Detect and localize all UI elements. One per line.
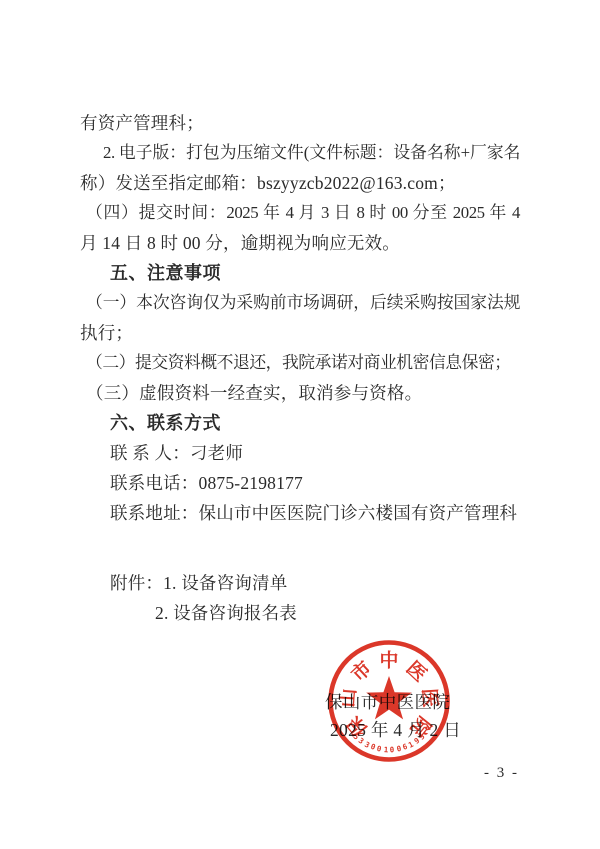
- text-line: （一）本次咨询仅为采购前市场调研，后续采购按国家法规: [80, 288, 520, 318]
- text-line: 月 14 日 8 时 00 分，逾期视为响应无效。: [80, 228, 520, 258]
- signer-organization: 保山市中医医院: [325, 689, 450, 714]
- attachment-item-1: 附件：1. 设备咨询清单: [80, 568, 520, 598]
- text-line: 有资产管理科；: [80, 108, 520, 138]
- document-page: 有资产管理科； 2. 电子版：打包为压缩文件(文件标题：设备名称+厂家名 称）发…: [0, 0, 600, 849]
- page-number: - 3 -: [484, 765, 519, 782]
- signature-date: 2025 年 4 月 2 日: [330, 717, 461, 742]
- document-body: 有资产管理科； 2. 电子版：打包为压缩文件(文件标题：设备名称+厂家名 称）发…: [80, 108, 520, 628]
- text-line: 执行；: [80, 318, 520, 348]
- contact-address-line: 联系地址：保山市中医医院门诊六楼国有资产管理科: [80, 498, 520, 528]
- section-heading-notes: 五、注意事项: [80, 258, 520, 288]
- text-line-email: 称）发送至指定邮箱：bszyyzcb2022@163.com；: [80, 168, 520, 198]
- section-heading-contact: 六、联系方式: [80, 408, 520, 438]
- attachment-item-2: 2. 设备咨询报名表: [80, 598, 520, 628]
- contact-phone-line: 联系电话：0875-2198177: [80, 468, 520, 498]
- text-line: （四）提交时间：2025 年 4 月 3 日 8 时 00 分至 2025 年 …: [80, 198, 520, 228]
- contact-person-line: 联 系 人：刁老师: [80, 438, 520, 468]
- text-line: （二）提交资料概不退还，我院承诺对商业机密信息保密；: [80, 348, 520, 378]
- text-line: （三）虚假资料一经查实，取消参与资格。: [80, 378, 520, 408]
- text-line: 2. 电子版：打包为压缩文件(文件标题：设备名称+厂家名: [80, 138, 520, 168]
